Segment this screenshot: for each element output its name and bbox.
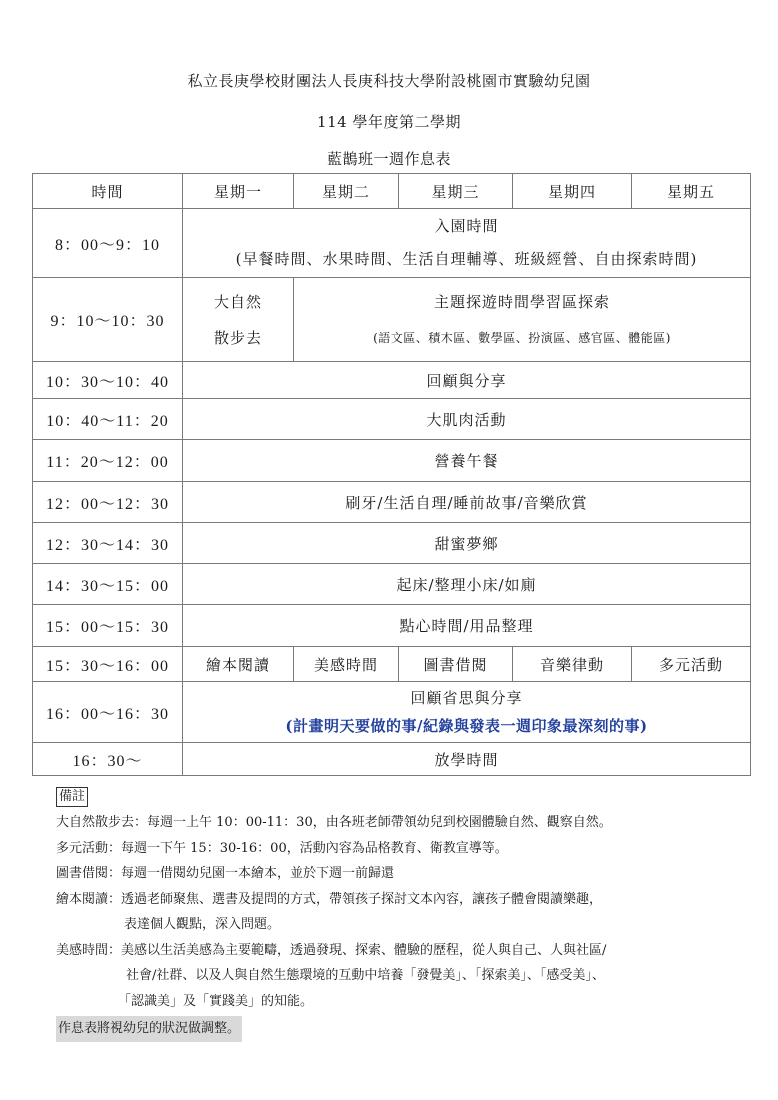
schedule-title: 藍鵲班一週作息表: [0, 148, 778, 169]
note-item: 美感時間： 美感以生活美感為主要範疇，透過發現、探索、體驗的歷程，從人與自己、人…: [56, 938, 746, 964]
activity-cell: 放學時間: [183, 743, 751, 776]
friday-activity-cell: 多元活動: [632, 647, 751, 682]
monday-activity-cell: 繪本閱讀: [183, 647, 294, 682]
column-header-thursday: 星期四: [513, 174, 632, 209]
notes-section: 備註 大自然散步去： 每週一上午 10：00-11：30，由各班老師帶領幼兒到校…: [56, 784, 746, 1042]
activity-details-emphasis: (計畫明天要做的事/紀錄與發表一週印象最深刻的事): [183, 712, 750, 740]
semester-title: 114 學年度第二學期: [0, 111, 778, 132]
time-cell: 12：30～14：30: [33, 523, 183, 564]
note-item: 圖書借閱： 每週一借閱幼兒園一本繪本，並於下週一前歸還: [56, 861, 746, 887]
header-row: 時間 星期一 星期二 星期三 星期四 星期五: [33, 174, 751, 209]
activity-cell: 回顧省思與分享 (計畫明天要做的事/紀錄與發表一週印象最深刻的事): [183, 682, 751, 743]
activity-cell: 回顧與分享: [183, 362, 751, 399]
table-row: 15：30～16：00 繪本閱讀 美感時間 圖書借閱 音樂律動 多元活動: [33, 647, 751, 682]
note-item: 多元活動： 每週一下午 15：30-16：00，活動內容為品格教育、衛教宣導等。: [56, 836, 746, 862]
tuesday-activity-cell: 美感時間: [294, 647, 399, 682]
table-row: 10：40～11：20 大肌肉活動: [33, 399, 751, 440]
activity-cell: 甜蜜夢鄉: [183, 523, 751, 564]
time-cell: 15：30～16：00: [33, 647, 183, 682]
institution-title: 私立長庚學校財團法人長庚科技大學附設桃園市實驗幼兒園: [0, 70, 778, 91]
note-key: 繪本閱讀：: [56, 887, 121, 913]
note-item: 繪本閱讀： 透過老師聚焦、選書及提問的方式，帶領孩子探討文本內容，讓孩子體會閱讀…: [56, 887, 746, 913]
column-header-tuesday: 星期二: [294, 174, 399, 209]
note-key: 圖書借閱：: [56, 861, 121, 887]
notes-label: 備註: [56, 787, 88, 807]
time-cell: 10：30～10：40: [33, 362, 183, 399]
note-text: 美感以生活美感為主要範疇，透過發現、探索、體驗的歷程，從人與自己、人與社區/: [121, 938, 606, 964]
monday-activity-line1: 大自然: [183, 284, 293, 320]
note-continuation: 表達個人觀點，深入問題。: [56, 912, 746, 938]
table-row: 16：00～16：30 回顧省思與分享 (計畫明天要做的事/紀錄與發表一週印象最…: [33, 682, 751, 743]
activity-cell: 起床/整理小床/如廁: [183, 564, 751, 605]
thursday-activity-cell: 音樂律動: [513, 647, 632, 682]
activity-details: (語文區、積木區、數學區、扮演區、感官區、體能區): [294, 320, 750, 356]
time-cell: 8：00～9：10: [33, 209, 183, 278]
column-header-friday: 星期五: [632, 174, 751, 209]
note-key: 大自然散步去：: [56, 810, 147, 836]
time-cell: 16：00～16：30: [33, 682, 183, 743]
time-cell: 10：40～11：20: [33, 399, 183, 440]
time-cell: 12：00～12：30: [33, 482, 183, 523]
activity-title: 主題探遊時間學習區探索: [294, 284, 750, 320]
time-cell: 14：30～15：00: [33, 564, 183, 605]
note-text: 透過老師聚焦、選書及提問的方式，帶領孩子探討文本內容，讓孩子體會閱讀樂趣，: [121, 887, 602, 913]
note-item: 大自然散步去： 每週一上午 10：00-11：30，由各班老師帶領幼兒到校園體驗…: [56, 810, 746, 836]
note-continuation: 「認識美」及「實踐美」的知能。: [56, 989, 746, 1015]
table-row: 12：30～14：30 甜蜜夢鄉: [33, 523, 751, 564]
column-header-time: 時間: [33, 174, 183, 209]
activity-title: 入園時間: [183, 210, 750, 243]
monday-activity-line2: 散步去: [183, 320, 293, 356]
table-row: 16：30～ 放學時間: [33, 743, 751, 776]
adjustment-note: 作息表將視幼兒的狀況做調整。: [56, 1016, 242, 1042]
column-header-wednesday: 星期三: [399, 174, 513, 209]
table-row: 8：00～9：10 入園時間 (早餐時間、水果時間、生活自理輔導、班級經營、自由…: [33, 209, 751, 278]
note-text: 每週一下午 15：30-16：00，活動內容為品格教育、衛教宣導等。: [121, 836, 508, 862]
table-row: 15：00～15：30 點心時間/用品整理: [33, 605, 751, 647]
note-key: 多元活動：: [56, 836, 121, 862]
wednesday-activity-cell: 圖書借閱: [399, 647, 513, 682]
table-row: 12：00～12：30 刷牙/生活自理/睡前故事/音樂欣賞: [33, 482, 751, 523]
activity-cell: 大肌肉活動: [183, 399, 751, 440]
time-cell: 15：00～15：30: [33, 605, 183, 647]
table-row: 9：10～10：30 大自然 散步去 主題探遊時間學習區探索 (語文區、積木區、…: [33, 278, 751, 362]
time-cell: 16：30～: [33, 743, 183, 776]
activity-cell: 刷牙/生活自理/睡前故事/音樂欣賞: [183, 482, 751, 523]
activity-cell: 營養午餐: [183, 440, 751, 482]
column-header-monday: 星期一: [183, 174, 294, 209]
time-cell: 11：20～12：00: [33, 440, 183, 482]
monday-activity-cell: 大自然 散步去: [183, 278, 294, 362]
weekly-schedule-table: 時間 星期一 星期二 星期三 星期四 星期五 8：00～9：10 入園時間 (早…: [32, 173, 751, 776]
activity-title: 回顧省思與分享: [183, 684, 750, 712]
activity-cell: 點心時間/用品整理: [183, 605, 751, 647]
activity-cell: 入園時間 (早餐時間、水果時間、生活自理輔導、班級經營、自由探索時間): [183, 209, 751, 278]
activity-details: (早餐時間、水果時間、生活自理輔導、班級經營、自由探索時間): [183, 243, 750, 276]
activity-cell: 主題探遊時間學習區探索 (語文區、積木區、數學區、扮演區、感官區、體能區): [294, 278, 751, 362]
note-key: 美感時間：: [56, 938, 121, 964]
table-row: 14：30～15：00 起床/整理小床/如廁: [33, 564, 751, 605]
note-continuation: 社會/社群、以及人與自然生態環境的互動中培養「發覺美」、「探索美」、「感受美」、: [56, 963, 746, 989]
note-text: 每週一借閱幼兒園一本繪本，並於下週一前歸還: [121, 861, 394, 887]
table-row: 11：20～12：00 營養午餐: [33, 440, 751, 482]
time-cell: 9：10～10：30: [33, 278, 183, 362]
note-text: 每週一上午 10：00-11：30，由各班老師帶領幼兒到校園體驗自然、觀察自然。: [147, 810, 612, 836]
table-row: 10：30～10：40 回顧與分享: [33, 362, 751, 399]
